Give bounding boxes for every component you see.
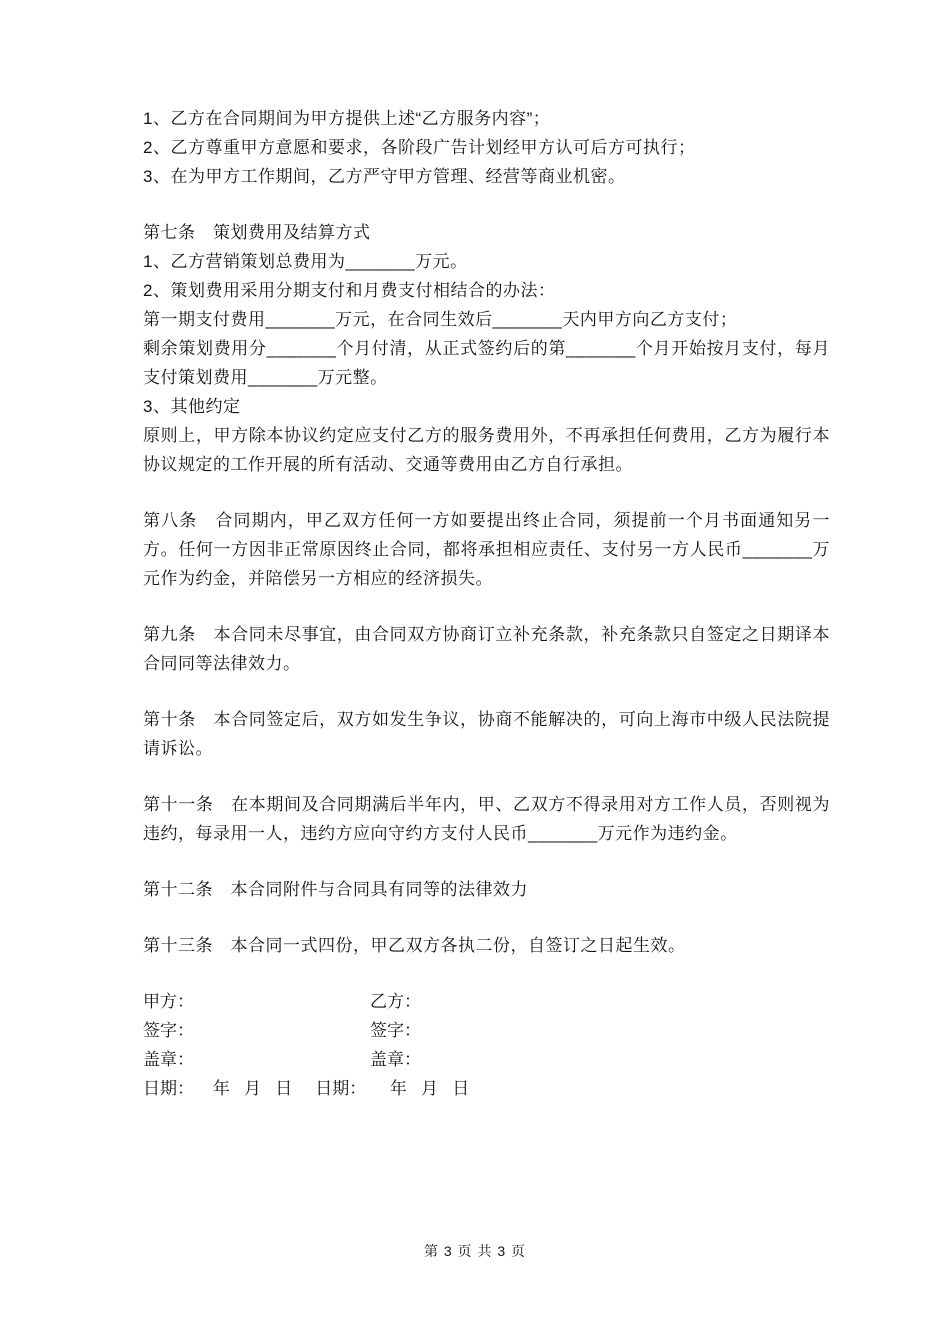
contract-body: 1、乙方在合同期间为甲方提供上述“乙方服务内容”；2、乙方尊重甲方意愿和要求，各…	[143, 104, 830, 1103]
contract-paragraph: 第七条 策划费用及结算方式	[143, 218, 830, 247]
contract-paragraph: 第八条 合同期内，甲乙双方任何一方如要提出终止合同，须提前一个月书面通知另一方。…	[143, 506, 830, 593]
signature-row: 盖章：盖章：	[143, 1045, 830, 1074]
signature-row: 日期： 年 月 日日期： 年 月 日	[143, 1074, 830, 1103]
contract-paragraph: 第一期支付费用_______万元，在合同生效后_______天内甲方向乙方支付；	[143, 305, 830, 334]
contract-paragraph: 剩余策划费用分_______个月付清，从正式签约后的第_______个月开始按月…	[143, 334, 830, 392]
signature-field-right: 盖章：	[370, 1045, 421, 1074]
signature-row: 签字：签字：	[143, 1016, 830, 1045]
contract-paragraph: 2、策划费用采用分期支付和月费支付相结合的办法：	[143, 276, 830, 305]
signature-row: 甲方：乙方：	[143, 987, 830, 1016]
contract-paragraph: 第十三条 本合同一式四份，甲乙双方各执二份，自签订之日起生效。	[143, 931, 830, 960]
signature-field-left: 日期： 年 月 日	[143, 1074, 292, 1103]
contract-paragraph: 1、乙方营销策划总费用为_______万元。	[143, 247, 830, 276]
signature-field-right: 乙方：	[370, 987, 421, 1016]
contract-paragraph: 第十条 本合同签定后，双方如发生争议，协商不能解决的，可向上海市中级人民法院提请…	[143, 705, 830, 763]
page-number: 第 3 页 共 3 页	[0, 1241, 950, 1261]
contract-paragraph: 第十二条 本合同附件与合同具有同等的法律效力	[143, 875, 830, 904]
document-page: 1、乙方在合同期间为甲方提供上述“乙方服务内容”；2、乙方尊重甲方意愿和要求，各…	[0, 0, 950, 1344]
signature-field-left: 甲方：	[143, 987, 370, 1016]
signature-field-right: 签字：	[370, 1016, 421, 1045]
paragraphs: 1、乙方在合同期间为甲方提供上述“乙方服务内容”；2、乙方尊重甲方意愿和要求，各…	[143, 104, 830, 960]
contract-paragraph: 原则上，甲方除本协议约定应支付乙方的服务费用外，不再承担任何费用，乙方为履行本协…	[143, 421, 830, 479]
contract-paragraph: 3、其他约定	[143, 392, 830, 421]
signature-field-left: 盖章：	[143, 1045, 370, 1074]
contract-paragraph: 第九条 本合同未尽事宜，由合同双方协商订立补充条款，补充条款只自签定之日期译本合…	[143, 620, 830, 678]
signature-block: 甲方：乙方：签字：签字：盖章：盖章：日期： 年 月 日日期： 年 月 日	[143, 987, 830, 1103]
contract-paragraph: 2、乙方尊重甲方意愿和要求，各阶段广告计划经甲方认可后方可执行；	[143, 133, 830, 162]
signature-field-right: 日期： 年 月 日	[315, 1074, 469, 1103]
contract-paragraph: 1、乙方在合同期间为甲方提供上述“乙方服务内容”；	[143, 104, 830, 133]
contract-paragraph: 3、在为甲方工作期间，乙方严守甲方管理、经营等商业机密。	[143, 162, 830, 191]
signature-field-left: 签字：	[143, 1016, 370, 1045]
contract-paragraph: 第十一条 在本期间及合同期满后半年内，甲、乙双方不得录用对方工作人员，否则视为违…	[143, 790, 830, 848]
